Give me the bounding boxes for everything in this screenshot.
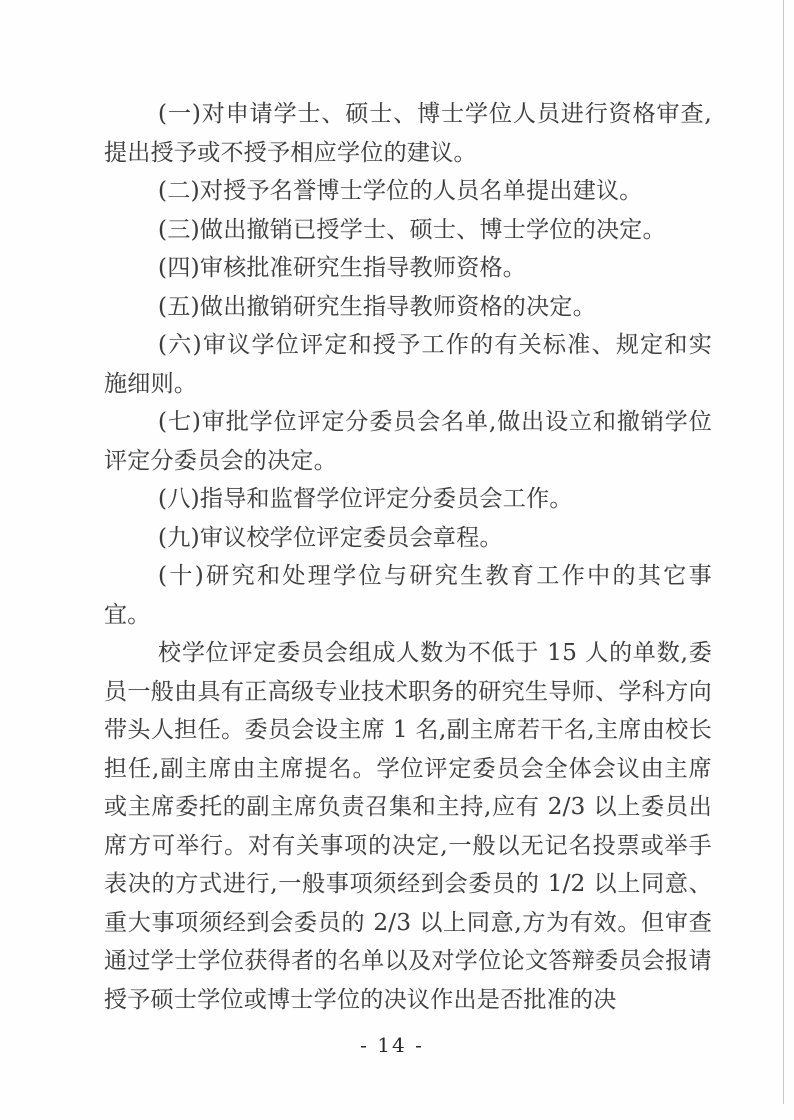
page-number: - 14 - — [0, 1033, 784, 1057]
paragraph-item-5: (五)做出撤销研究生指导教师资格的决定。 — [104, 288, 712, 327]
paragraph-item-10: (十)研究和处理学位与研究生教育工作中的其它事宜。 — [104, 557, 712, 634]
paragraph-item-9: (九)审议校学位评定委员会章程。 — [104, 519, 712, 558]
document-body: (一)对申请学士、硕士、博士学位人员进行资格审查,提出授予或不授予相应学位的建议… — [104, 95, 712, 1019]
paragraph-item-2: (二)对授予名誉博士学位的人员名单提出建议。 — [104, 172, 712, 211]
paragraph-item-1: (一)对申请学士、硕士、博士学位人员进行资格审查,提出授予或不授予相应学位的建议… — [104, 95, 712, 172]
scan-edge-line — [783, 0, 784, 1104]
paragraph-item-3: (三)做出撤销已授学士、硕士、博士学位的决定。 — [104, 211, 712, 250]
paragraph-item-7: (七)审批学位评定分委员会名单,做出设立和撤销学位评定分委员会的决定。 — [104, 403, 712, 480]
paragraph-item-8: (八)指导和监督学位评定分委员会工作。 — [104, 480, 712, 519]
document-page: (一)对申请学士、硕士、博士学位人员进行资格审查,提出授予或不授予相应学位的建议… — [0, 0, 794, 1120]
paragraph-item-11: 校学位评定委员会组成人数为不低于 15 人的单数,委员一般由具有正高级专业技术职… — [104, 634, 712, 1019]
paragraph-item-4: (四)审核批准研究生指导教师资格。 — [104, 249, 712, 288]
paragraph-item-6: (六)审议学位评定和授予工作的有关标准、规定和实施细则。 — [104, 326, 712, 403]
